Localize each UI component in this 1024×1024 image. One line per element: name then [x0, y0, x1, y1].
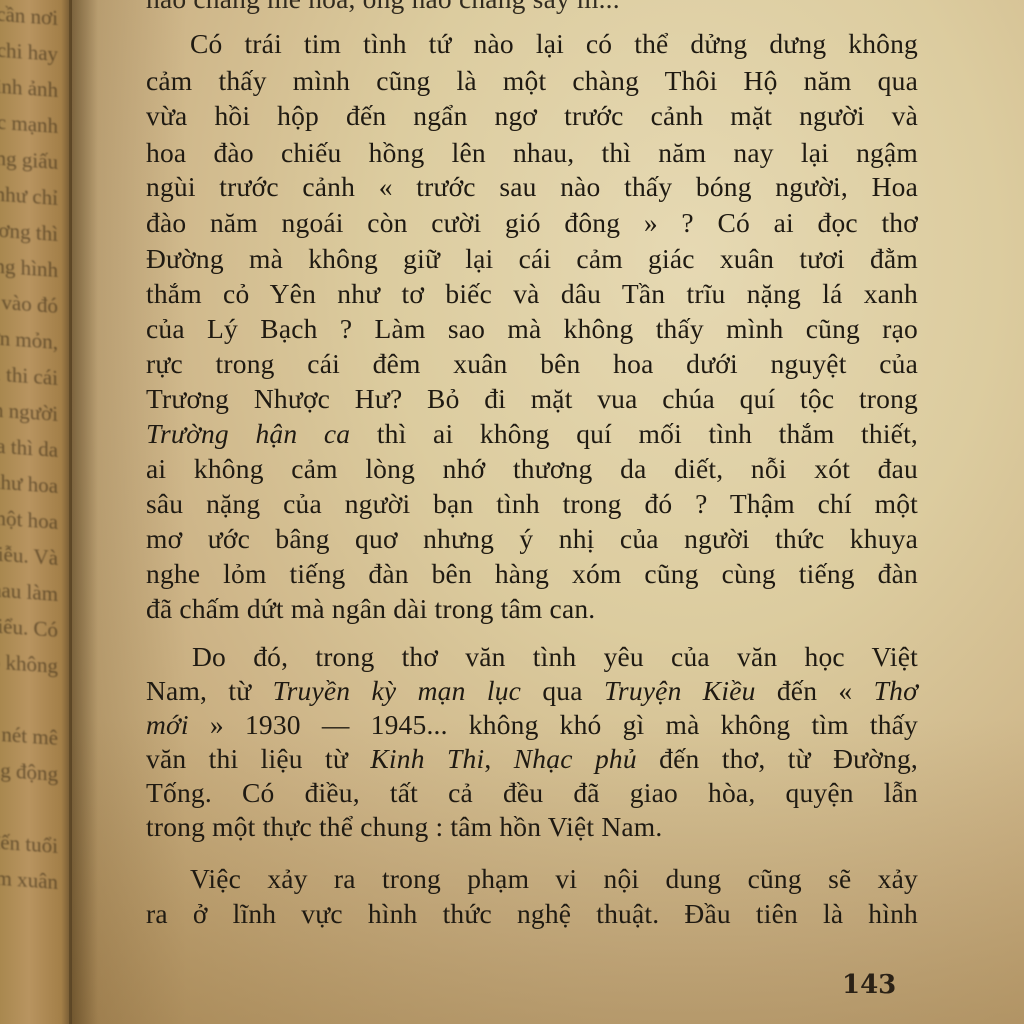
book-title-kinh-thi: Kinh Thi [370, 743, 484, 774]
paragraph-2-line-4: văn thi liệu từ Kinh Thi, Nhạc phủ đến t… [146, 742, 918, 776]
paragraph-2-line-2: Nam, từ Truyền kỳ mạn lục qua Truyện Kiề… [146, 674, 918, 708]
paragraph-1-line-17: đã chấm dứt mà ngân dài trong tâm can. [146, 592, 918, 626]
clipped-top-line: hào chẳng mê hoa, ông nào chẳng say m... [146, 0, 918, 16]
paragraph-3-line-1: Việc xảy ra trong phạm vi nội dung cũng … [146, 862, 918, 896]
paragraph-1-line-14: sâu nặng của người bạn tình trong đó ? T… [146, 487, 918, 521]
paragraph-2-line-3: mới » 1930 — 1945... không khó gì mà khô… [146, 708, 918, 742]
paragraph-1-line-8: thắm cỏ Yên như tơ biếc và dâu Tần trĩu … [146, 277, 918, 311]
book-title-truong-han-ca: Trường hận ca [146, 418, 350, 449]
paragraph-1-line-6: đào năm ngoái còn cười gió đông » ? Có a… [146, 206, 918, 240]
paragraph-3-line-2: ra ở lĩnh vực hình thức nghệ thuật. Đầu … [146, 897, 918, 931]
paragraph-1-line-10: rực trong cái đêm xuân bên hoa dưới nguy… [146, 347, 918, 381]
paragraph-2-line-1: Do đó, trong thơ văn tình yêu của văn họ… [146, 640, 918, 674]
left-page-text: cần nơichi hayhình ảnhức mạnhông giấunhư… [0, 0, 58, 900]
paragraph-1-line-1: Có trái tim tình tứ nào lại có thể dửng … [146, 27, 918, 61]
book-title-nhac-phu: Nhạc phủ [514, 743, 637, 774]
left-page-fragment: cần nơi [0, 0, 58, 36]
paragraph-1-line-13: ai không cảm lòng nhớ thương da diết, nỗ… [146, 452, 918, 486]
paragraph-1-line-4: hoa đào chiếu hồng lên nhau, thì năm nay… [146, 136, 918, 170]
paragraph-1-line-2: cảm thấy mình cũng là một chàng Thôi Hộ … [146, 64, 918, 98]
paragraph-1-line-9: của Lý Bạch ? Làm sao mà không thấy mình… [146, 312, 918, 346]
paragraph-1-line-3: vừa hồi hộp đến ngẩn ngơ trước cảnh mặt … [146, 99, 918, 133]
book-title-truyen-ky-man-luc: Truyền kỳ mạn lục [273, 675, 521, 706]
paragraph-2-line-5: Tống. Có điều, tất cả đều đã giao hòa, q… [146, 776, 918, 810]
book-title-tho-moi: Thơ [874, 675, 918, 706]
paragraph-1-line-15: mơ ước bâng quơ nhưng ý nhị của người th… [146, 522, 918, 556]
paragraph-1-line-5: ngùi trước cảnh « trước sau nào thấy bón… [146, 170, 918, 204]
paragraph-2-line-6: trong một thực thể chung : tâm hồn Việt … [146, 810, 918, 844]
page-number: 143 [842, 970, 896, 1000]
paragraph-1-line-16: nghe lỏm tiếng đàn bên hàng xóm cũng cùn… [146, 557, 918, 591]
book-title-truyen-kieu: Truyện Kiều [604, 675, 756, 706]
paragraph-1-line-12: Trường hận ca thì ai không quí mối tình … [146, 417, 918, 451]
paragraph-1-line-11: Trương Nhược Hư? Bỏ đi mặt vua chúa quí … [146, 382, 918, 416]
spine-shadow [72, 0, 98, 1024]
paragraph-1-line-7: Đường mà không giữ lại cái cảm giác xuân… [146, 242, 918, 276]
left-page-edge: cần nơichi hayhình ảnhức mạnhông giấunhư… [0, 0, 72, 1024]
